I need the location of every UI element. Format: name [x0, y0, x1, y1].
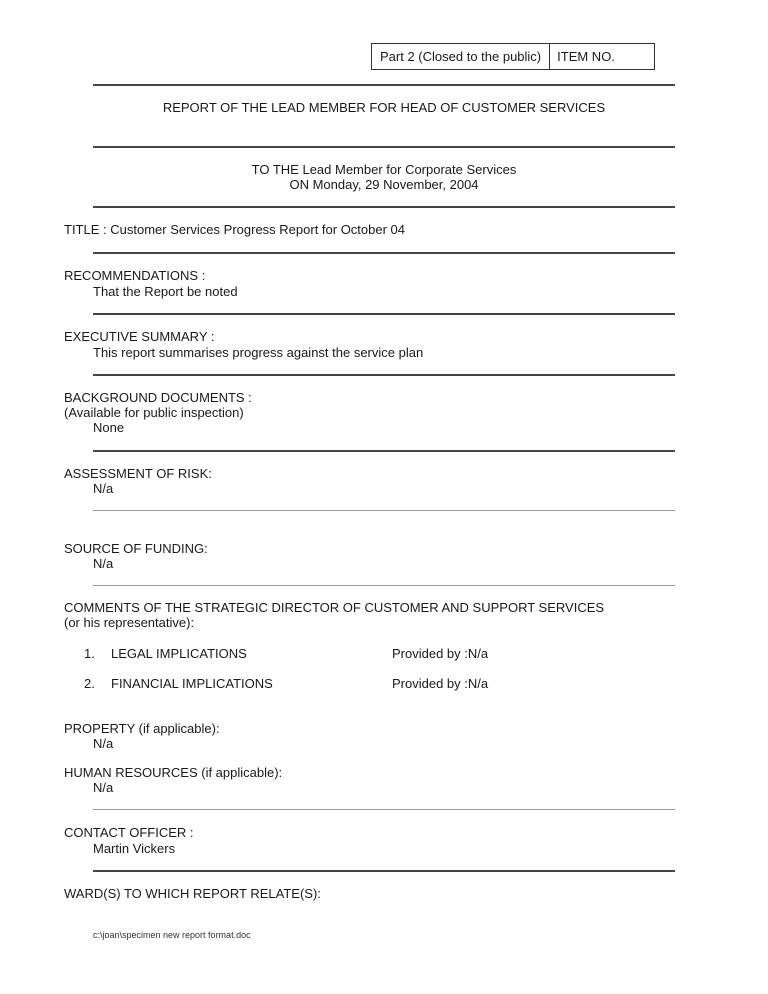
divider: [93, 252, 675, 254]
to-line: TO THE Lead Member for Corporate Service…: [93, 162, 675, 177]
divider: [93, 809, 675, 810]
comments-label: COMMENTS OF THE STRATEGIC DIRECTOR OF CU…: [64, 600, 604, 615]
legal-implications-label: LEGAL IMPLICATIONS: [111, 646, 247, 661]
assessment-of-risk-value: N/a: [93, 481, 113, 496]
background-documents-label: BACKGROUND DOCUMENTS :: [64, 390, 252, 405]
property-value: N/a: [93, 736, 113, 751]
legal-implications-provided-by: Provided by :N/a: [392, 646, 488, 661]
recommendations-value: That the Report be noted: [93, 284, 238, 299]
background-documents-value: None: [93, 420, 124, 435]
comment-item-number: 1.: [84, 646, 95, 661]
header-box: Part 2 (Closed to the public) ITEM NO.: [371, 43, 655, 70]
divider: [93, 146, 675, 148]
divider: [93, 510, 675, 511]
divider: [93, 870, 675, 872]
source-of-funding-label: SOURCE OF FUNDING:: [64, 541, 208, 556]
financial-implications-label: FINANCIAL IMPLICATIONS: [111, 676, 273, 691]
background-documents-sublabel: (Available for public inspection): [64, 405, 244, 420]
property-label: PROPERTY (if applicable):: [64, 721, 220, 736]
divider: [93, 313, 675, 315]
divider: [93, 84, 675, 86]
recommendations-label: RECOMMENDATIONS :: [64, 268, 205, 283]
human-resources-label: HUMAN RESOURCES (if applicable):: [64, 765, 282, 780]
executive-summary-value: This report summarises progress against …: [93, 345, 423, 360]
divider: [93, 585, 675, 586]
part-label: Part 2 (Closed to the public): [372, 44, 549, 69]
divider: [93, 206, 675, 208]
comments-sublabel: (or his representative):: [64, 615, 194, 630]
human-resources-value: N/a: [93, 780, 113, 795]
executive-summary-label: EXECUTIVE SUMMARY :: [64, 329, 215, 344]
meeting-date: ON Monday, 29 November, 2004: [93, 177, 675, 192]
contact-officer-value: Martin Vickers: [93, 841, 175, 856]
footer-file-path: c:\joan\specimen new report format.doc: [93, 930, 251, 940]
divider: [93, 374, 675, 376]
divider: [93, 450, 675, 452]
report-title: TITLE : Customer Services Progress Repor…: [64, 222, 405, 237]
source-of-funding-value: N/a: [93, 556, 113, 571]
financial-implications-provided-by: Provided by :N/a: [392, 676, 488, 691]
report-heading: REPORT OF THE LEAD MEMBER FOR HEAD OF CU…: [93, 100, 675, 115]
assessment-of-risk-label: ASSESSMENT OF RISK:: [64, 466, 212, 481]
item-number-label: ITEM NO.: [549, 44, 654, 69]
contact-officer-label: CONTACT OFFICER :: [64, 825, 194, 840]
comment-item-number: 2.: [84, 676, 95, 691]
wards-label: WARD(S) TO WHICH REPORT RELATE(S):: [64, 886, 321, 901]
